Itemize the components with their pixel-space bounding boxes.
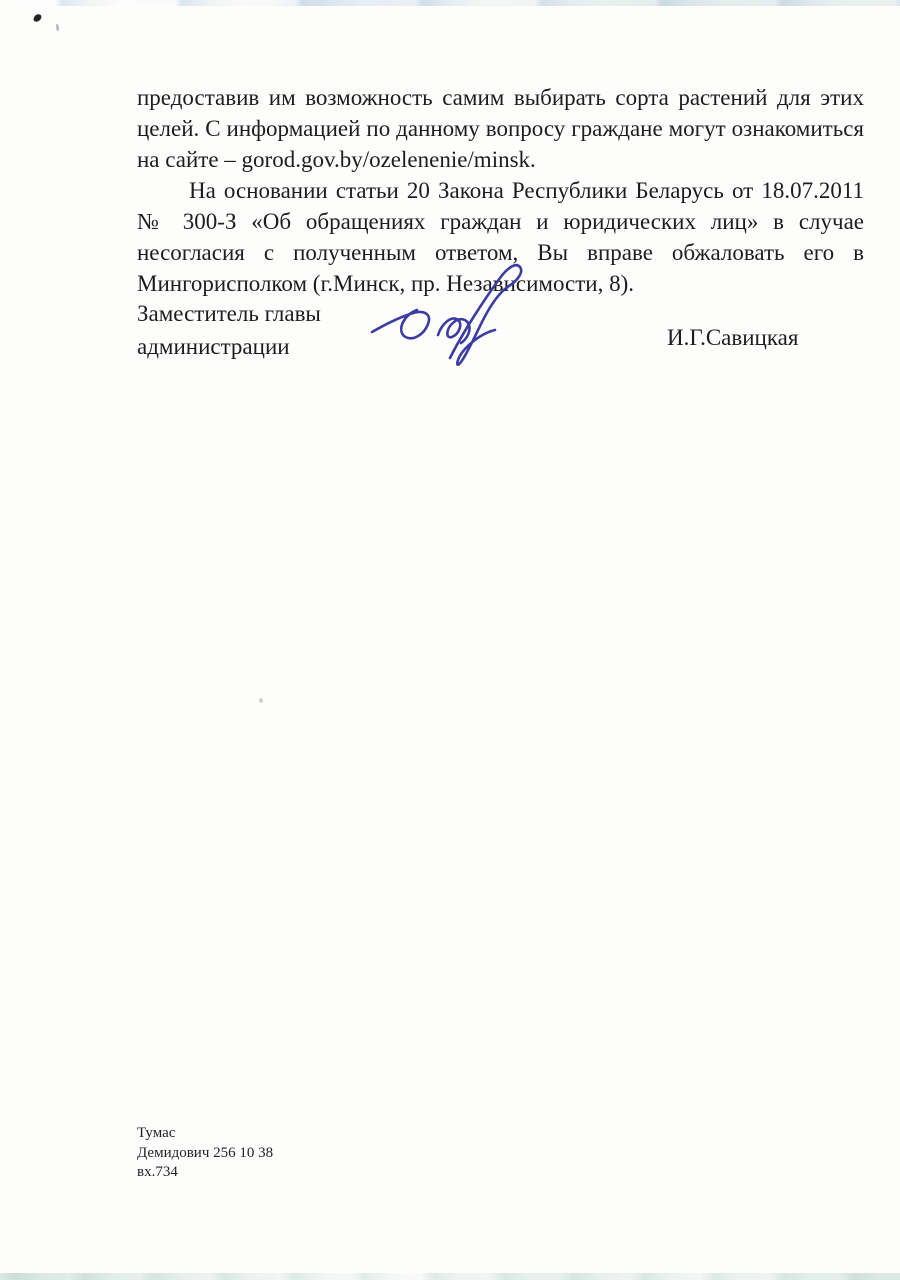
ink-speck [33,13,42,23]
incoming-number: вх.734 [137,1163,273,1183]
handwritten-signature [368,258,540,378]
signer-name: И.Г.Савицкая [667,324,798,352]
scan-artifact-top-edge [0,0,900,6]
paragraph1-line: предоставив им возможность самим выбират… [137,82,864,113]
executor-phone: Демидович 256 10 38 [137,1144,273,1164]
signature-title-line: администрации [137,330,321,363]
paragraph2-line: № 300-З «Об обращениях граждан и юридиче… [137,206,864,237]
executor-footer: Тумас Демидович 256 10 38 вх.734 [137,1124,273,1183]
paragraph1-line: целей. С информацией по данному вопросу … [137,113,864,144]
paragraph1-line: на сайте – gorod.gov.by/ozelenenie/minsk… [137,144,864,175]
signature-title-line: Заместитель главы [137,297,321,330]
executor-name: Тумас [137,1124,273,1144]
signature-title: Заместитель главы администрации [137,297,321,363]
signature-stroke [450,265,521,365]
ink-speck [56,24,60,31]
scan-artifact-bottom-edge [0,1273,900,1280]
signature-stroke [372,310,429,338]
scanned-letter-page: предоставив им возможность самим выбират… [0,0,900,1280]
ink-speck [259,698,263,703]
paragraph2-line: На основании статьи 20 Закона Республики… [137,175,864,206]
